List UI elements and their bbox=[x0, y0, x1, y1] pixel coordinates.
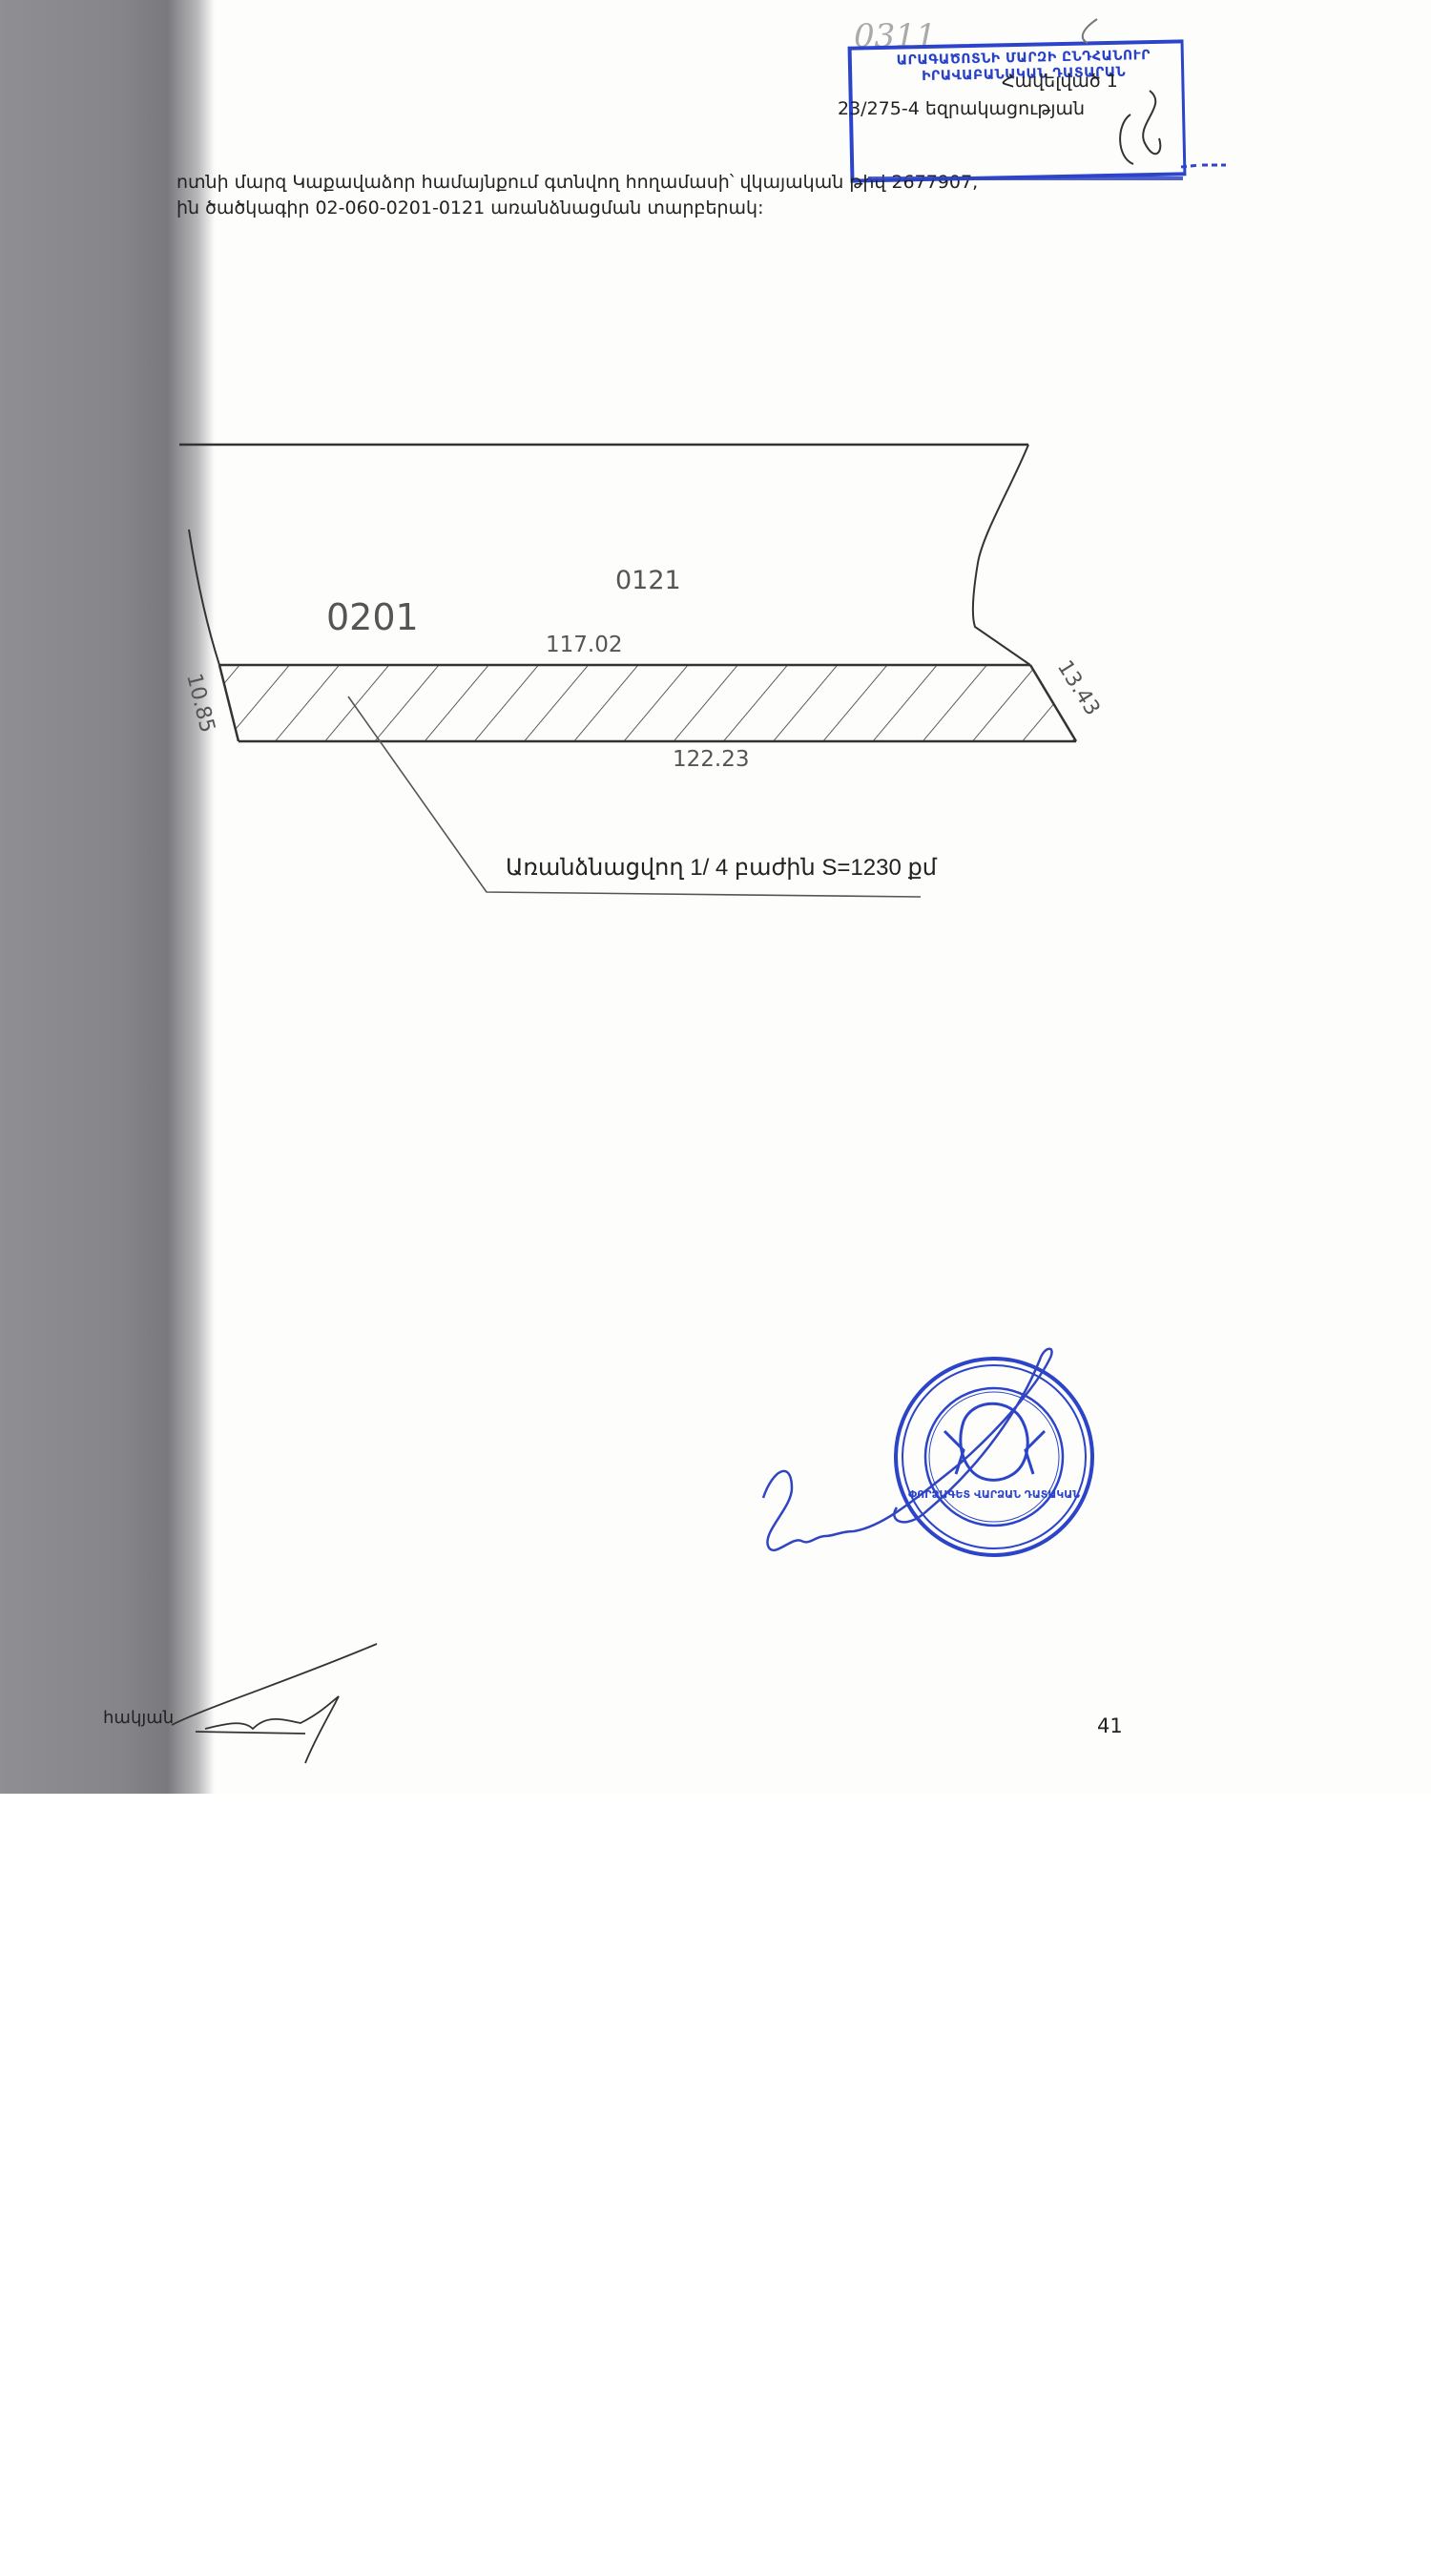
signature-label: հակյան bbox=[103, 1708, 174, 1728]
footer-signature bbox=[172, 1644, 377, 1763]
blank-area bbox=[0, 1794, 1431, 2576]
page-number: 41 bbox=[1097, 1714, 1123, 1737]
official-round-seal: ՓՈՐՁԱԳԵՏ ՎԱՐՁԱՆ ԴԱՏԱԿԱՆ bbox=[896, 1359, 1092, 1555]
official-seal-and-signature: ՓՈՐՁԱԳԵՏ ՎԱՐՁԱՆ ԴԱՏԱԿԱՆ bbox=[0, 0, 1431, 1794]
seal-inner-text: ՓՈՐՁԱԳԵՏ ՎԱՐՁԱՆ ԴԱՏԱԿԱՆ bbox=[908, 1488, 1080, 1501]
